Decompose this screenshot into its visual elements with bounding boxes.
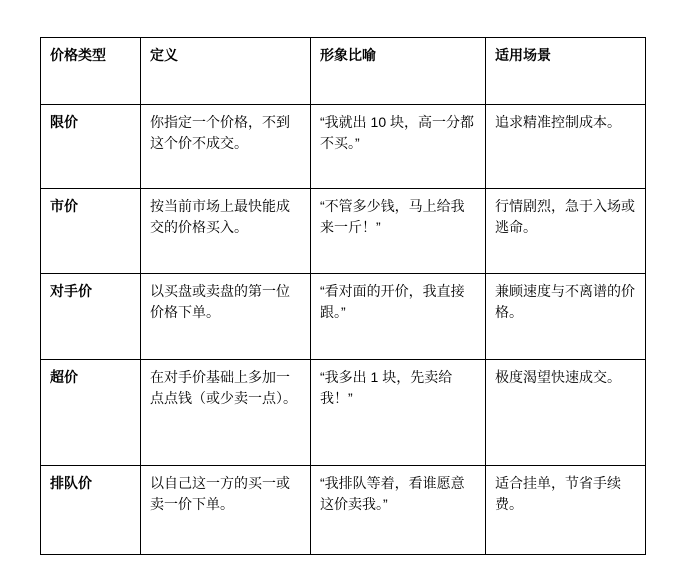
- cell-metaphor: “我排队等着，看谁愿意这价卖我。”: [311, 466, 486, 555]
- cell-scenario: 追求精准控制成本。: [486, 105, 646, 189]
- cell-scenario: 极度渴望快速成交。: [486, 360, 646, 466]
- header-cell-definition: 定义: [141, 38, 311, 105]
- cell-type: 超价: [41, 360, 141, 466]
- cell-definition: 你指定一个价格，不到这个价不成交。: [141, 105, 311, 189]
- cell-scenario: 行情剧烈，急于入场或逃命。: [486, 189, 646, 274]
- header-cell-scenario: 适用场景: [486, 38, 646, 105]
- cell-metaphor: “我多出 1 块，先卖给我！”: [311, 360, 486, 466]
- cell-definition: 以买盘或卖盘的第一位价格下单。: [141, 274, 311, 360]
- cell-type: 市价: [41, 189, 141, 274]
- cell-definition: 在对手价基础上多加一点点钱（或少卖一点）。: [141, 360, 311, 466]
- table-row-counterparty-price: 对手价 以买盘或卖盘的第一位价格下单。 “看对面的开价，我直接跟。” 兼顾速度与…: [41, 274, 646, 360]
- cell-type: 限价: [41, 105, 141, 189]
- header-cell-price-type: 价格类型: [41, 38, 141, 105]
- table-header-row: 价格类型 定义 形象比喻 适用场景: [41, 38, 646, 105]
- cell-metaphor: “不管多少钱，马上给我来一斤！”: [311, 189, 486, 274]
- cell-metaphor: “看对面的开价，我直接跟。”: [311, 274, 486, 360]
- cell-type: 对手价: [41, 274, 141, 360]
- cell-scenario: 兼顾速度与不离谱的价格。: [486, 274, 646, 360]
- table-row-market-price: 市价 按当前市场上最快能成交的价格买入。 “不管多少钱，马上给我来一斤！” 行情…: [41, 189, 646, 274]
- header-cell-metaphor: 形象比喻: [311, 38, 486, 105]
- table-row-queue-price: 排队价 以自己这一方的买一或卖一价下单。 “我排队等着，看谁愿意这价卖我。” 适…: [41, 466, 646, 555]
- cell-scenario: 适合挂单，节省手续费。: [486, 466, 646, 555]
- cell-definition: 按当前市场上最快能成交的价格买入。: [141, 189, 311, 274]
- document-page: 价格类型 定义 形象比喻 适用场景 限价 你指定一个价格，不到这个价不成交。 “…: [0, 0, 687, 586]
- price-types-table: 价格类型 定义 形象比喻 适用场景 限价 你指定一个价格，不到这个价不成交。 “…: [40, 37, 646, 555]
- cell-definition: 以自己这一方的买一或卖一价下单。: [141, 466, 311, 555]
- table-row-over-price: 超价 在对手价基础上多加一点点钱（或少卖一点）。 “我多出 1 块，先卖给我！”…: [41, 360, 646, 466]
- cell-metaphor: “我就出 10 块，高一分都不买。”: [311, 105, 486, 189]
- table-row-limit-price: 限价 你指定一个价格，不到这个价不成交。 “我就出 10 块，高一分都不买。” …: [41, 105, 646, 189]
- cell-type: 排队价: [41, 466, 141, 555]
